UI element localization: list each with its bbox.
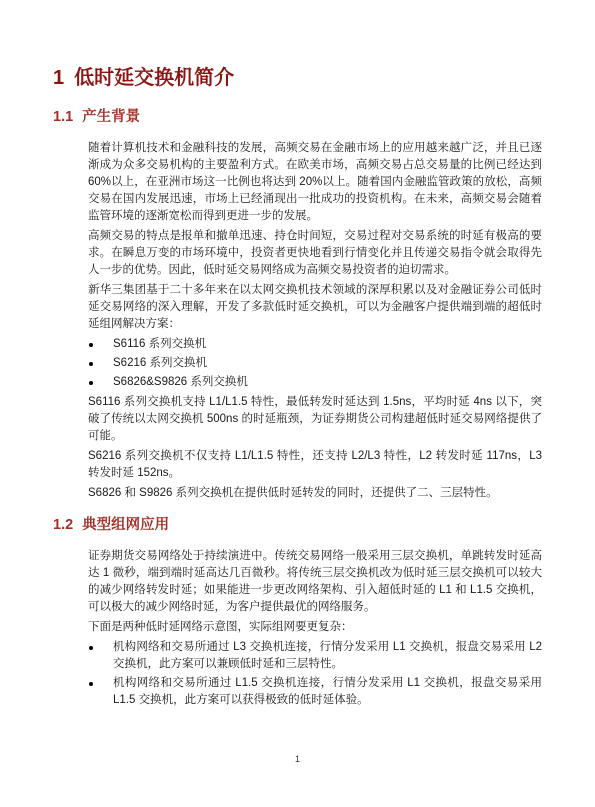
- list-item-label: 机构网络和交易所通过 L3 交换机连接，行情分发采用 L1 交换机，报盘交易采用…: [113, 641, 542, 670]
- paragraph: S6216 系列交换机不仅支持 L1/L1.5 特性，还支持 L2/L3 特性，…: [88, 448, 542, 482]
- list-item: S6216 系列交换机: [88, 355, 542, 372]
- section-title: 产生背景: [82, 109, 140, 125]
- list-item: 机构网络和交易所通过 L1.5 交换机连接，行情分发采用 L1 交换机，报盘交易…: [88, 675, 542, 709]
- section-heading-1-2: 1.2典型组网应用: [53, 516, 542, 534]
- paragraph: S6116 系列交换机支持 L1/L1.5 特性，最低转发时延达到 1.5ns，…: [88, 394, 542, 445]
- section-heading-1-1: 1.1产生背景: [53, 108, 542, 126]
- document-page: 1低时延交换机简介 1.1产生背景 随着计算机技术和金融科技的发展，高频交易在金…: [0, 0, 595, 807]
- chapter-title: 低时延交换机简介: [74, 67, 234, 89]
- paragraph: S6826 和 S9826 系列交换机在提供低时延转发的同时，还提供了二、三层特…: [88, 485, 542, 502]
- paragraph: 随着计算机技术和金融科技的发展，高频交易在金融市场上的应用越来越广泛，并且已逐渐…: [88, 140, 542, 225]
- bullet-icon: [89, 646, 93, 650]
- list-item-label: S6216 系列交换机: [113, 357, 207, 369]
- section-number: 1.2: [53, 517, 73, 533]
- section-1-1-body: 随着计算机技术和金融科技的发展，高频交易在金融市场上的应用越来越广泛，并且已逐渐…: [88, 140, 542, 502]
- bullet-icon: [89, 362, 93, 366]
- chapter-heading: 1低时延交换机简介: [53, 66, 542, 90]
- chapter-number: 1: [53, 67, 64, 89]
- section-title: 典型组网应用: [82, 517, 169, 533]
- bullet-icon: [89, 682, 93, 686]
- paragraph: 证券期货交易网络处于持续演进中。传统交易网络一般采用三层交换机，单跳转发时延高达…: [88, 548, 542, 616]
- bullet-icon: [89, 381, 93, 385]
- page-footer: 1: [0, 749, 595, 767]
- paragraph: 下面是两种低时延网络示意图，实际组网要更复杂：: [88, 619, 542, 636]
- list-item: S6116 系列交换机: [88, 336, 542, 353]
- bullet-icon: [89, 343, 93, 347]
- page-number: 1: [295, 754, 300, 764]
- list-item-label: 机构网络和交易所通过 L1.5 交换机连接，行情分发采用 L1 交换机，报盘交易…: [113, 677, 542, 706]
- section-1-2-body: 证券期货交易网络处于持续演进中。传统交易网络一般采用三层交换机，单跳转发时延高达…: [88, 548, 542, 709]
- section-number: 1.1: [53, 109, 73, 125]
- list-item-label: S6116 系列交换机: [113, 338, 206, 350]
- network-options-list: 机构网络和交易所通过 L3 交换机连接，行情分发采用 L1 交换机，报盘交易采用…: [88, 639, 542, 709]
- paragraph: 新华三集团基于二十多年来在以太网交换机技术领域的深厚积累以及对金融证券公司低时延…: [88, 282, 542, 333]
- paragraph: 高频交易的特点是报单和撤单迅速、持仓时间短，交易过程对交易系统的时延有极高的要求…: [88, 228, 542, 279]
- list-item-label: S6826&S9826 系列交换机: [113, 376, 248, 388]
- list-item: S6826&S9826 系列交换机: [88, 374, 542, 391]
- switch-series-list: S6116 系列交换机 S6216 系列交换机 S6826&S9826 系列交换…: [88, 336, 542, 391]
- list-item: 机构网络和交易所通过 L3 交换机连接，行情分发采用 L1 交换机，报盘交易采用…: [88, 639, 542, 673]
